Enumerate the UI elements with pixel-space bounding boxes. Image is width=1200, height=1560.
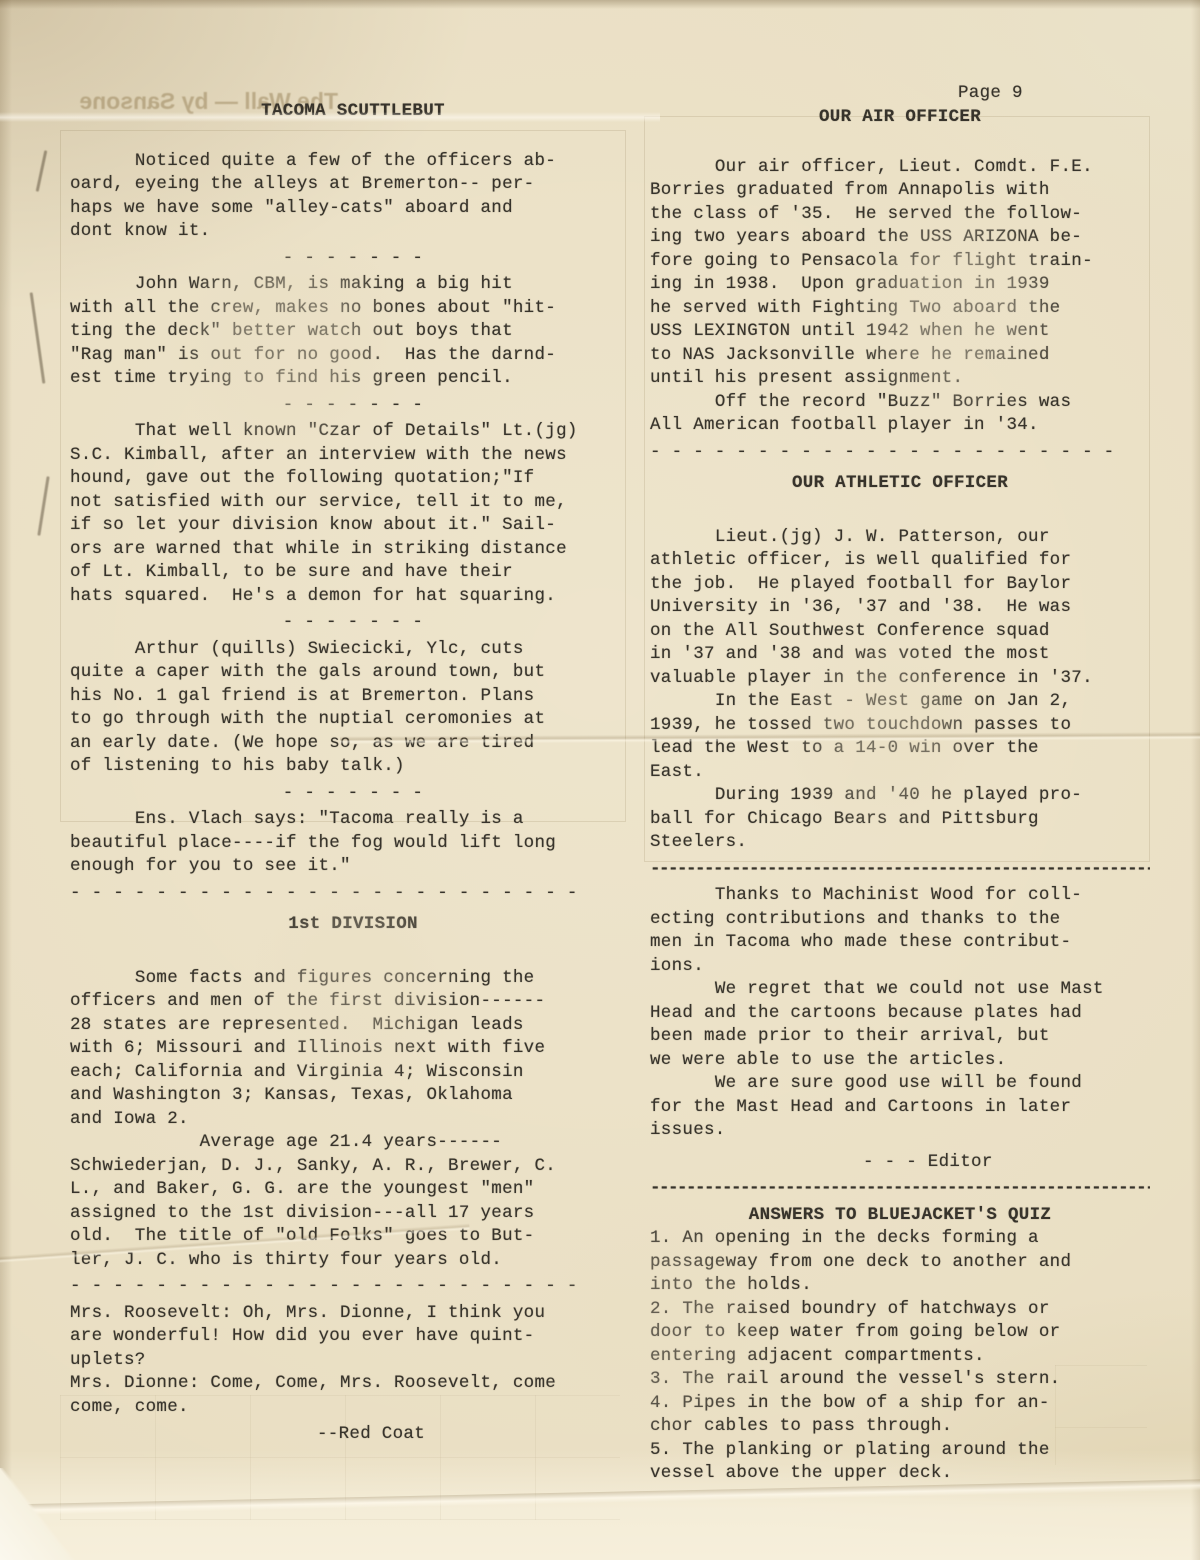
section-divider: ----------------------------------------… (650, 858, 1150, 882)
section-divider: - - - - - - - - - - - - - - - - - - - - … (70, 1275, 636, 1299)
section-divider: - - - - - - - (70, 611, 636, 635)
margin-pencil-mark (37, 476, 49, 536)
signature-red-coat: --Red Coat (317, 1423, 636, 1447)
paragraph: Some facts and figures concerning the of… (70, 967, 636, 1273)
column-title: TACOMA SCUTTLEBUT (70, 100, 636, 124)
paragraph: John Warn, CBM, is making a big hit with… (70, 273, 636, 391)
section-heading-air-officer: OUR AIR OFFICER (650, 106, 1150, 130)
section-heading-athletic-officer: OUR ATHLETIC OFFICER (650, 472, 1150, 496)
section-heading-1st-division: 1st DIVISION (70, 913, 636, 937)
page-number: Page 9 (958, 82, 1023, 106)
paragraph: Arthur (quills) Swiecicki, Ylc, cuts qui… (70, 638, 636, 779)
margin-pencil-mark (36, 150, 48, 192)
paragraph: Ens. Vlach says: "Tacoma really is a bea… (70, 808, 636, 879)
right-column: OUR AIR OFFICER Our air officer, Lieut. … (650, 106, 1150, 1486)
scanned-newsletter-page: The Wall — by Sansone Page 9 TACOMA SCUT… (0, 0, 1200, 1560)
section-divider: - - - - - - - (70, 782, 636, 806)
paragraph: Noticed quite a few of the officers ab- … (70, 150, 636, 244)
paragraph: 1. An opening in the decks forming a pas… (650, 1227, 1150, 1486)
left-column: TACOMA SCUTTLEBUT Noticed quite a few of… (70, 100, 636, 1447)
section-divider: - - - - - - - (70, 394, 636, 418)
paragraph: Our air officer, Lieut. Comdt. F.E. Borr… (650, 156, 1150, 438)
section-heading-quiz-answers: ANSWERS TO BLUEJACKET'S QUIZ (650, 1204, 1150, 1228)
paragraph: That well known "Czar of Details" Lt.(jg… (70, 420, 636, 608)
margin-pencil-mark (30, 292, 46, 384)
torn-corner (0, 1468, 150, 1560)
section-divider: ----------------------------------------… (650, 1177, 1150, 1201)
paragraph: Lieut.(jg) J. W. Patterson, our athletic… (650, 526, 1150, 855)
section-divider: - - - - - - - (70, 247, 636, 271)
section-divider: - - - - - - - - - - - - - - - - - - - - … (650, 441, 1150, 465)
paragraph: Mrs. Roosevelt: Oh, Mrs. Dionne, I think… (70, 1302, 636, 1420)
signature-editor: - - - Editor (863, 1151, 1150, 1175)
section-divider: - - - - - - - - - - - - - - - - - - - - … (70, 882, 636, 906)
paragraph: Thanks to Machinist Wood for coll- ectin… (650, 884, 1150, 1143)
